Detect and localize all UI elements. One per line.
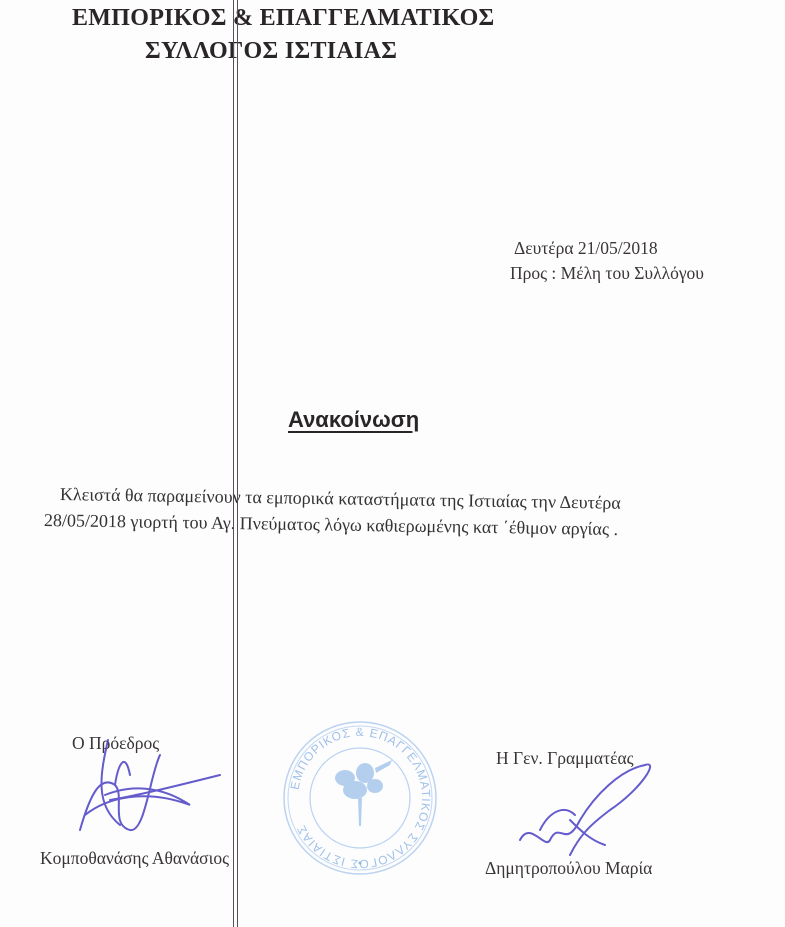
- scan-fold-line: [233, 0, 234, 927]
- secretary-signature-icon: [510, 760, 660, 870]
- president-signature-icon: [70, 735, 230, 845]
- document-date: Δευτέρα 21/05/2018: [514, 238, 658, 259]
- recipient: Προς : Μέλη του Συλλόγου: [510, 263, 704, 284]
- announcement-line-1: Κλειστά θα παραμείνουν τα εμπορικά κατασ…: [60, 484, 621, 514]
- president-name: Κομποθανάσης Αθανάσιος: [40, 848, 229, 869]
- document-title: Ανακοίνωση: [288, 407, 419, 433]
- org-name-line-2: ΣΥΛΛΟΓΟΣ ΙΣΤΙΑΙΑΣ: [145, 38, 397, 65]
- scan-fold-line: [237, 0, 238, 927]
- official-stamp-icon: ΕΜΠΟΡΙΚΟΣ & ΕΠΑΓΓΕΛΜΑΤΙΚΟΣ ΣΥΛΛΟΓΟΣ ΙΣΤΙ…: [280, 718, 440, 878]
- announcement-line-2: 28/05/2018 γιορτή του Αγ. Πνεύματος λόγω…: [44, 510, 618, 540]
- org-name-line-1: ΕΜΠΟΡΙΚΟΣ & ΕΠΑΓΓΕΛΜΑΤΙΚΟΣ: [72, 5, 495, 32]
